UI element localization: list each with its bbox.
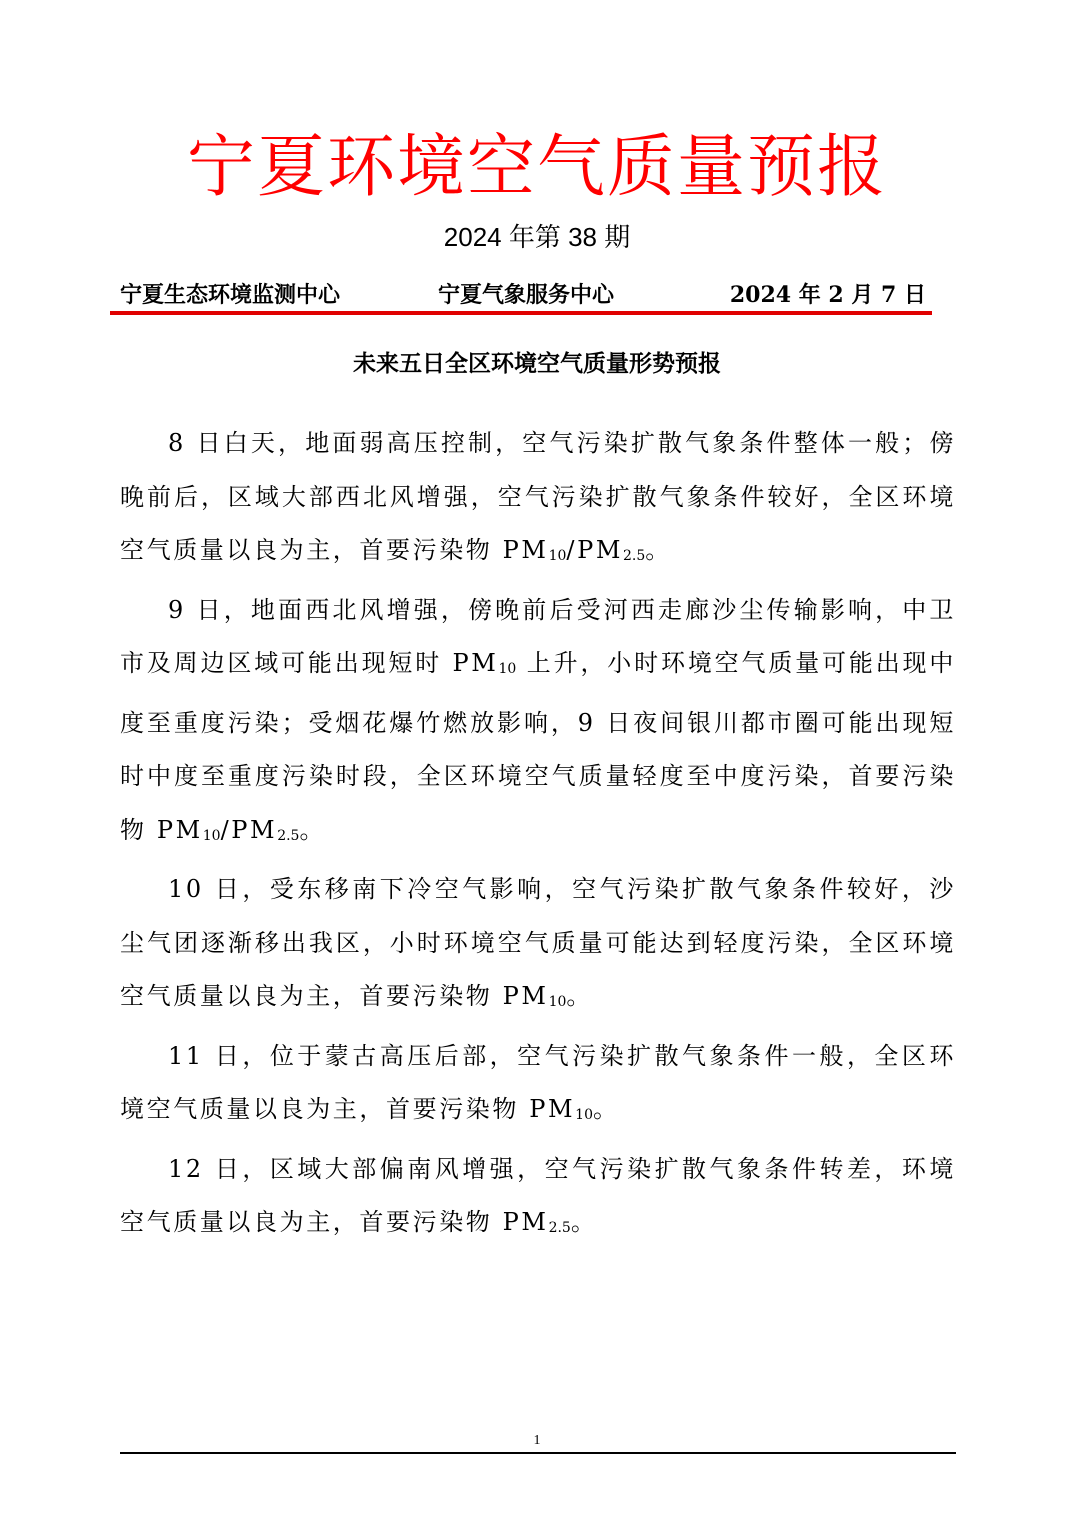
publish-date: 2024 年 2 月 7 日 [730, 280, 926, 310]
section-title: 未来五日全区环境空气质量形势预报 [0, 346, 1074, 382]
publisher-meteorological-center: 宁夏气象服务中心 [438, 280, 614, 310]
forecast-paragraph-day9: 9 日，地面西北风增强，傍晚前后受河西走廊沙尘传输影响，中卫市及周边区域可能出现… [120, 584, 956, 864]
publisher-monitoring-center: 宁夏生态环境监测中心 [120, 280, 340, 310]
forecast-paragraph-day10: 10 日，受东移南下冷空气影响，空气污染扩散气象条件较好，沙尘气团逐渐移出我区，… [120, 863, 956, 1030]
forecast-paragraph-day11: 11 日，位于蒙古高压后部，空气污染扩散气象条件一般，全区环境空气质量以良为主，… [120, 1030, 956, 1143]
forecast-paragraph-day12: 12 日，区域大部偏南风增强，空气污染扩散气象条件转差，环境空气质量以良为主，首… [120, 1143, 956, 1256]
page-number: 1 [0, 1433, 1074, 1449]
forecast-paragraph-day8: 8 日白天，地面弱高压控制，空气污染扩散气象条件整体一般；傍晚前后，区域大部西北… [120, 417, 956, 584]
footer-divider [120, 1452, 956, 1454]
forecast-body: 8 日白天，地面弱高压控制，空气污染扩散气象条件整体一般；傍晚前后，区域大部西北… [120, 417, 956, 1256]
issue-number: 2024 年第 38 期 [0, 220, 1074, 254]
publisher-line: 宁夏生态环境监测中心 宁夏气象服务中心 2024 年 2 月 7 日 [120, 280, 926, 310]
red-divider [110, 311, 932, 315]
masthead-title: 宁夏环境空气质量预报 [0, 128, 1074, 208]
